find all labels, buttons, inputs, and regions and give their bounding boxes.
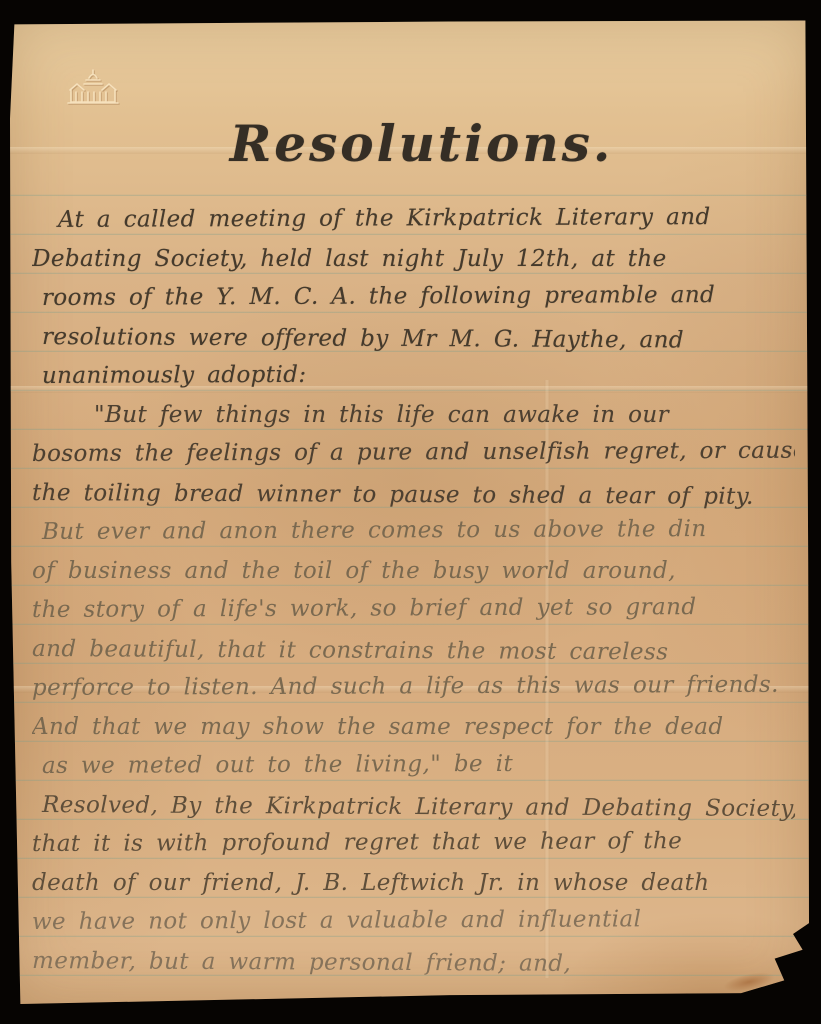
manuscript-page: Resolutions. At a called meeting of the … [10,20,809,1006]
manuscript-line: Debating Society, held last night July 1… [32,235,795,274]
manuscript-line: "But few things in this life can awake i… [32,391,795,430]
manuscript-line: perforce to listen. And such a life as t… [32,661,795,703]
manuscript-line: bosoms the feelings of a pure and unself… [32,427,795,469]
manuscript-line: that it is with profound regret that we … [32,817,795,859]
scan-background: { "document": { "title": "Resolutions.",… [0,0,821,1024]
manuscript-line: death of our friend, J. B. Leftwich Jr. … [32,859,795,898]
manuscript-line: At a called meeting of the Kirkpatrick L… [32,193,795,235]
manuscript-line: rooms of the Y. M. C. A. the following p… [32,271,795,313]
manuscript-line: as we meted out to the living," be it [32,739,795,781]
manuscript-line: And that we may show the same respect fo… [32,703,795,742]
manuscript-line: of business and the toil of the busy wor… [32,547,795,586]
manuscript-line: we have not only lost a valuable and inf… [32,895,795,937]
manuscript-line: But ever and anon there comes to us abov… [32,505,795,547]
manuscript-line: the story of a life's work, so brief and… [32,583,795,625]
document-title: Resolutions. [22,114,821,186]
manuscript-body: At a called meeting of the Kirkpatrick L… [32,196,795,976]
manuscript-line: member, but a warm personal friend; and, [32,937,795,980]
embossed-building-seal-icon [62,66,124,112]
manuscript-line: unanimously adoptid: [32,349,795,391]
